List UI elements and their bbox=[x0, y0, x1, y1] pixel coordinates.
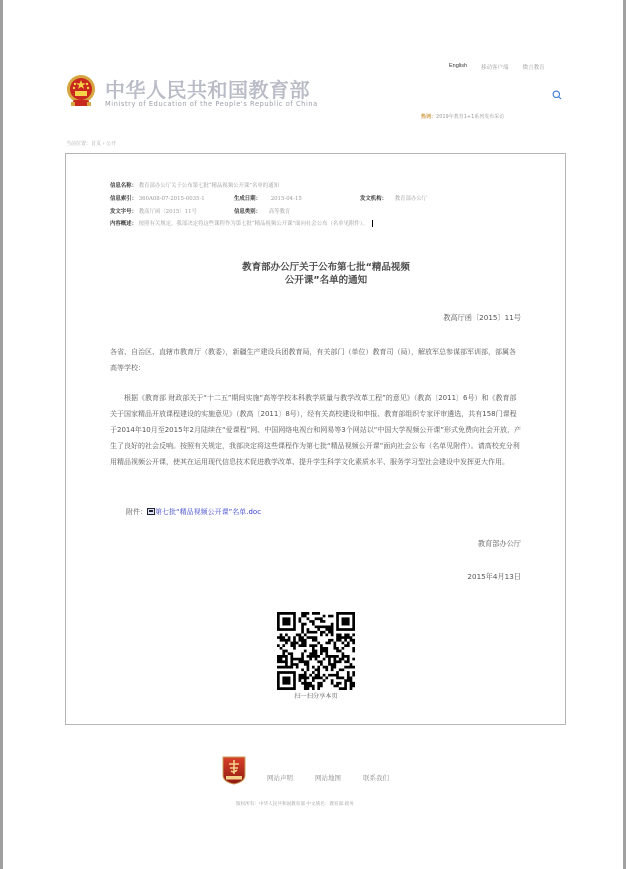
weiyan-education-link[interactable]: 微言教育 bbox=[523, 63, 545, 71]
breadcrumb-separator: › bbox=[103, 141, 105, 147]
info-index-label: 信息索引： bbox=[110, 196, 137, 202]
copyright-text: 版权所有：中华人民共和国教育部 中文域名：教育部.政务 bbox=[236, 801, 354, 807]
document-recipients: 各省、自治区、直辖市教育厅（教委），新疆生产建设兵团教育局，有关部门（单位）教育… bbox=[110, 344, 522, 376]
text-cursor bbox=[372, 220, 373, 227]
info-summary-value: 按照有关规定，我部决定将这些课程作为第七批“精品视频公开课”面向社会公布（名单见… bbox=[139, 221, 368, 227]
document-title-line2: 公开课”名单的通知 bbox=[216, 274, 436, 287]
info-summary-label: 内容概述： bbox=[110, 221, 137, 227]
document-date: 2015年4月13日 bbox=[467, 572, 521, 582]
breadcrumb-home[interactable]: 首页 bbox=[91, 141, 101, 147]
qr-code-icon bbox=[277, 612, 355, 690]
breadcrumb-label: 当前位置： bbox=[66, 141, 91, 147]
info-docno-row: 发文字号： 教高厅函〔2015〕11号 bbox=[110, 207, 197, 215]
document-body: 根据《教育部 财政部关于“十二五”期间实施“高等学校本科教学质量与教学改革工程”… bbox=[110, 390, 522, 470]
qr-share: 扫一扫分享本页 bbox=[277, 612, 355, 700]
info-issuer-label: 发文机构： bbox=[360, 196, 387, 202]
footer-links: 网站声明 网站地图 联系我们 bbox=[267, 773, 389, 782]
info-name-label: 信息名称： bbox=[110, 183, 137, 189]
attachment-link[interactable]: 第七批“精品视频公开课”名单.doc bbox=[155, 508, 261, 516]
site-logo-subtitle: Ministry of Education of the People's Re… bbox=[105, 100, 318, 108]
footer-link-statement[interactable]: 网站声明 bbox=[267, 773, 293, 782]
info-category-row: 信息类别： 高等教育 bbox=[234, 207, 290, 215]
attachment-label: 附件： bbox=[126, 508, 147, 516]
info-date-value: 2015-04-15 bbox=[271, 196, 302, 202]
government-site-badge-icon[interactable] bbox=[221, 755, 247, 785]
document-signature: 教育部办公厅 bbox=[478, 539, 521, 549]
qr-caption: 扫一扫分享本页 bbox=[277, 691, 355, 700]
footer-link-contact[interactable]: 联系我们 bbox=[363, 773, 389, 782]
breadcrumb: 当前位置：首页 › 公开 bbox=[66, 140, 116, 147]
top-links: English 移动客户端 微言教育 bbox=[449, 63, 545, 71]
hotword-label: 热词： bbox=[421, 114, 436, 120]
mobile-client-link[interactable]: 移动客户端 bbox=[481, 63, 509, 71]
info-docno-label: 发文字号： bbox=[110, 209, 137, 215]
document-title-line1: 教育部办公厅关于公布第七批“精品视频 bbox=[216, 261, 436, 274]
info-issuer-value: 教育部办公厅 bbox=[395, 196, 427, 202]
doc-file-icon bbox=[147, 508, 155, 515]
hotword-link[interactable]: 2019年教育1+1系列发布采访 bbox=[436, 114, 504, 120]
document-title: 教育部办公厅关于公布第七批“精品视频 公开课”名单的通知 bbox=[216, 261, 436, 287]
footer-link-sitemap[interactable]: 网站地图 bbox=[315, 773, 341, 782]
search-icon[interactable] bbox=[552, 90, 562, 100]
content-box: 信息名称： 教育部办公厅关于公布第七批“精品视频公开课”名单的通知 信息索引： … bbox=[65, 153, 566, 725]
hotword-bar: 热词：2019年教育1+1系列发布采访 bbox=[421, 113, 504, 120]
english-link[interactable]: English bbox=[449, 63, 467, 71]
breadcrumb-current[interactable]: 公开 bbox=[106, 141, 116, 147]
document-number: 教高厅函〔2015〕11号 bbox=[443, 313, 521, 323]
info-name-value: 教育部办公厅关于公布第七批“精品视频公开课”名单的通知 bbox=[139, 183, 279, 189]
info-summary-row: 内容概述： 按照有关规定，我部决定将这些课程作为第七批“精品视频公开课”面向社会… bbox=[110, 219, 373, 227]
info-name-row: 信息名称： 教育部办公厅关于公布第七批“精品视频公开课”名单的通知 bbox=[110, 181, 279, 189]
info-date-label: 生成日期： bbox=[234, 196, 261, 202]
info-index-value: 360A08-07-2015-0035-1 bbox=[139, 196, 205, 202]
info-category-label: 信息类别： bbox=[234, 209, 261, 215]
info-date-row: 生成日期： 2015-04-15 bbox=[234, 194, 302, 202]
site-logo-title[interactable]: 中华人民共和国教育部 bbox=[105, 74, 310, 103]
info-category-value: 高等教育 bbox=[269, 209, 291, 215]
national-emblem-icon bbox=[65, 74, 97, 108]
info-index-row: 信息索引： 360A08-07-2015-0035-1 bbox=[110, 194, 205, 202]
attachment-row: 附件：第七批“精品视频公开课”名单.doc bbox=[126, 507, 261, 517]
info-issuer-row: 发文机构： 教育部办公厅 bbox=[360, 194, 427, 202]
info-docno-value: 教高厅函〔2015〕11号 bbox=[139, 209, 197, 215]
